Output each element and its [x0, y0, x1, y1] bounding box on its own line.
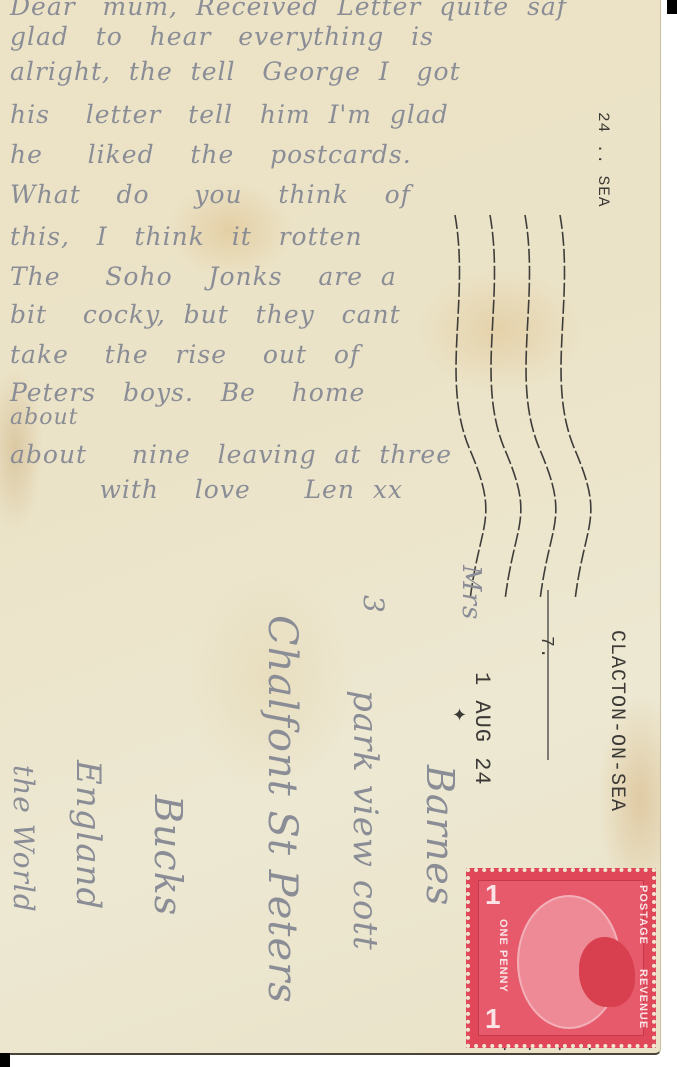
stamp-postage-label: POSTAGE — [637, 885, 649, 945]
king-portrait-icon — [579, 937, 635, 1007]
scan-corner — [667, 0, 677, 14]
address-town: Chalfont St Peters — [259, 615, 305, 1004]
address-country: England — [68, 760, 108, 910]
postcard-back: Dear mum, Received Letter quite saf glad… — [0, 0, 661, 1055]
postmark-date: 1 AUG 24 — [469, 672, 494, 786]
scan-corner — [0, 1053, 10, 1067]
postmark-top-fragment: 24 .. SEA — [594, 112, 612, 207]
address-house-number: 3 — [357, 595, 390, 614]
address-county: Bucks — [146, 795, 190, 916]
address-street: park view cott — [345, 690, 385, 951]
postmark-time: 7. — [536, 636, 556, 660]
postage-stamp: 1 1 ONE PENNY POSTAGE REVENUE — [466, 868, 656, 1048]
address-surname: Barnes — [418, 765, 462, 906]
stamp-frame: 1 1 ONE PENNY POSTAGE REVENUE — [478, 880, 644, 1036]
stamp-revenue-label: REVENUE — [637, 969, 649, 1029]
postmark-town: CLACTON-ON-SEA — [605, 630, 628, 812]
stamp-portrait-oval — [517, 895, 621, 1029]
stamp-numeral-bottom: 1 — [485, 1003, 501, 1035]
postmark-cross-icon: ✦ — [452, 705, 467, 726]
stamp-numeral-top: 1 — [485, 879, 501, 911]
address-world: the World — [7, 765, 40, 913]
stamp-value-label: ONE PENNY — [497, 919, 509, 993]
address-recipient: Mrs — [456, 565, 486, 620]
